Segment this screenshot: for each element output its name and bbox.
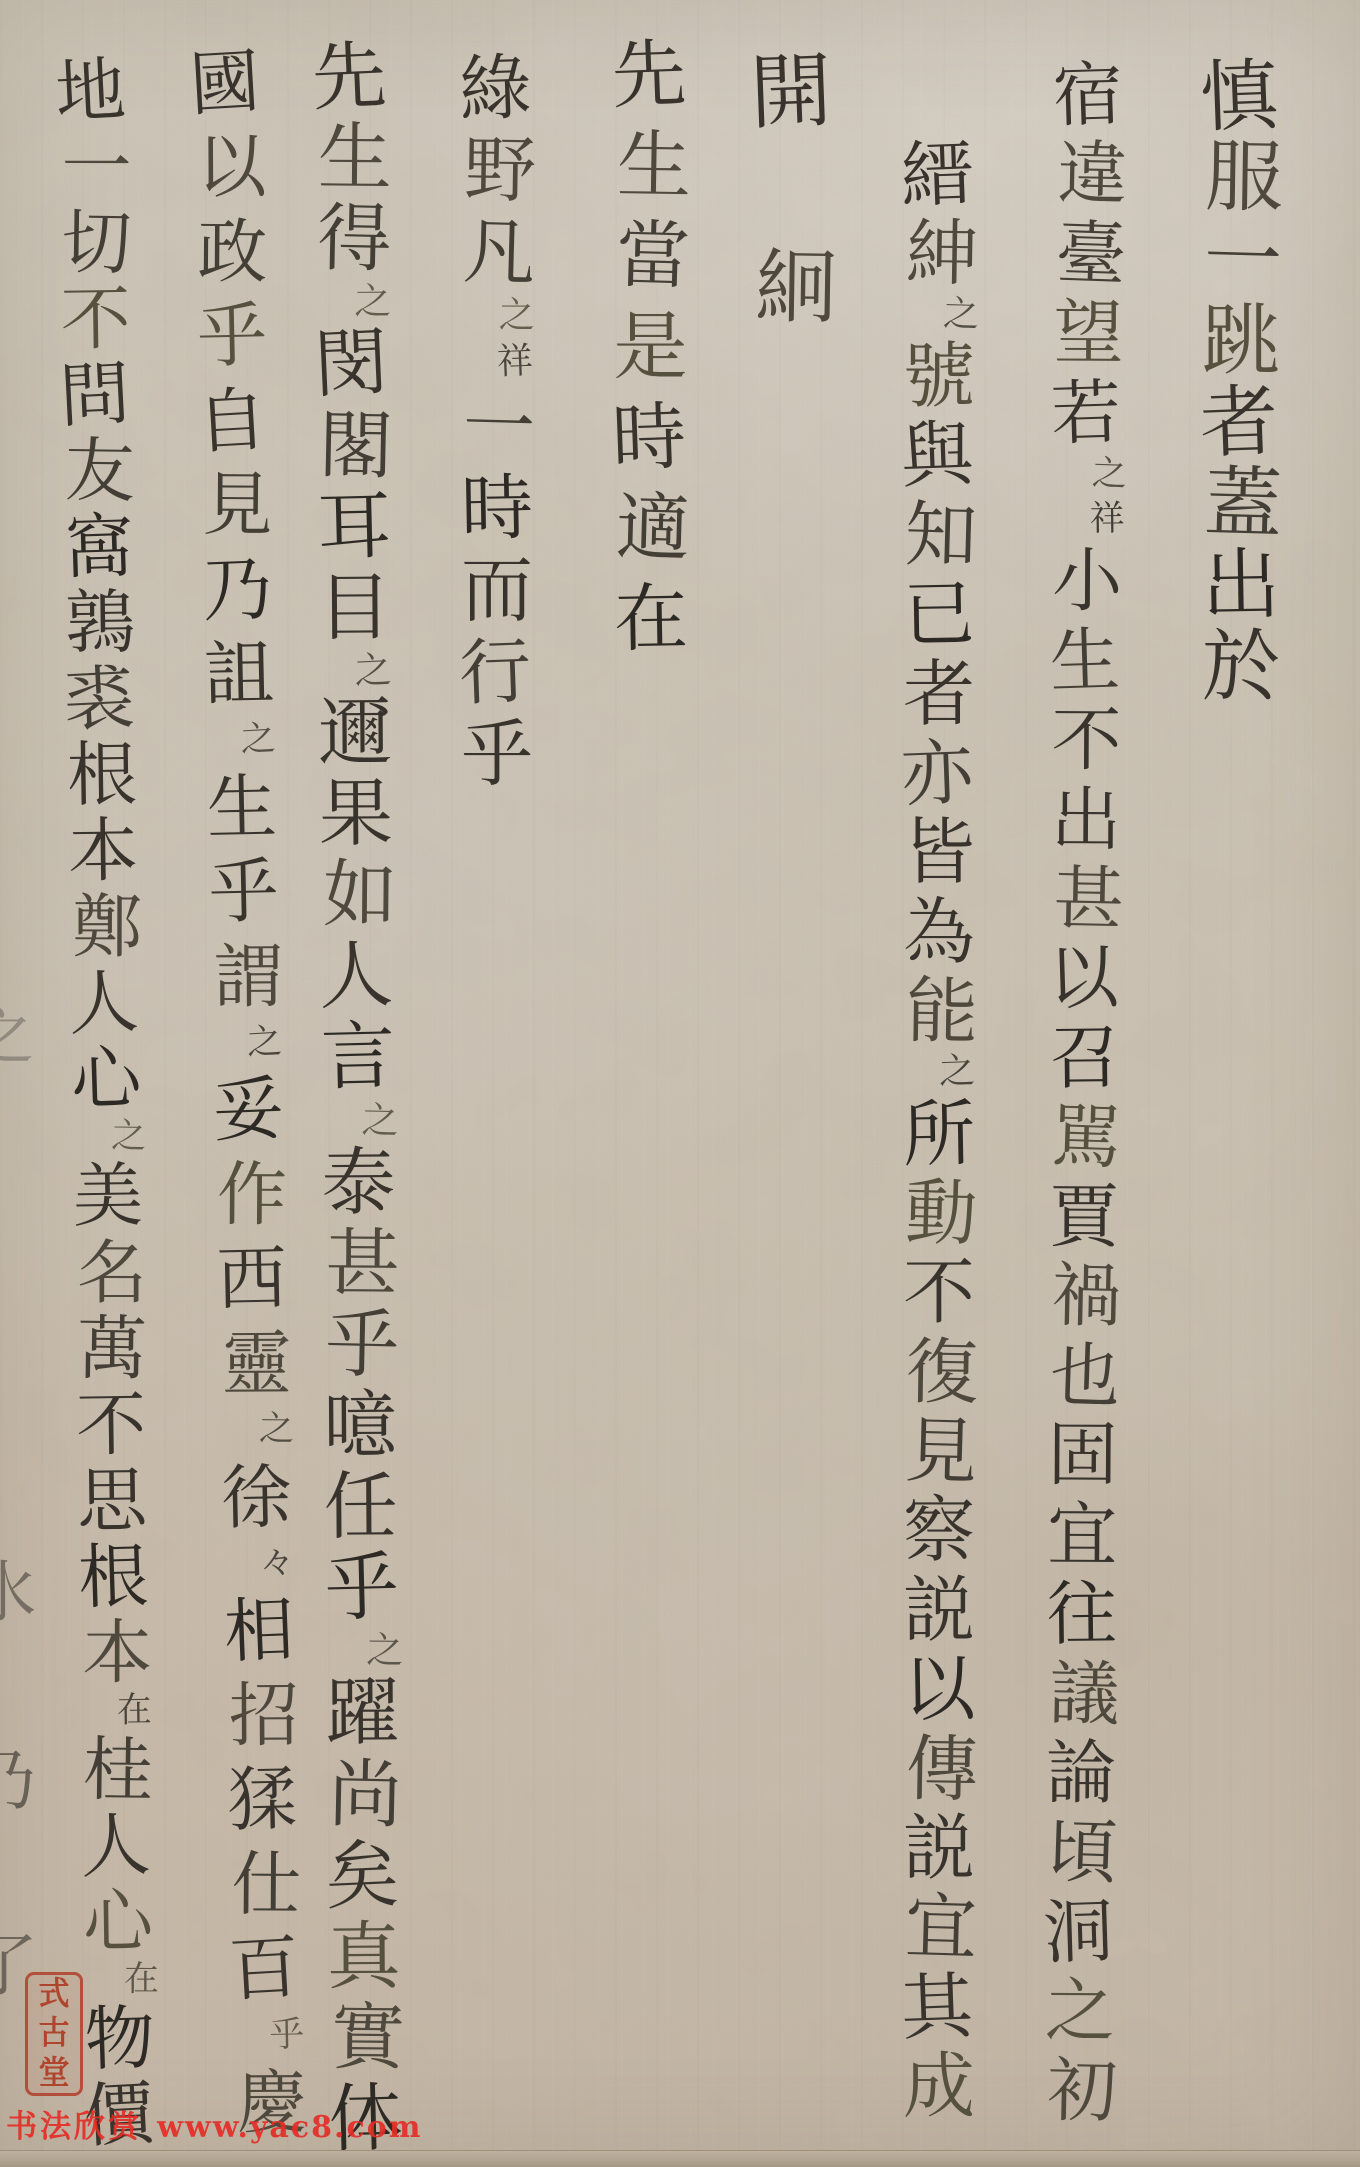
calligraphy-glyph: 猱	[227, 1764, 298, 1835]
calligraphy-glyph: 在	[117, 1693, 153, 1728]
calligraphy-glyph: 縉	[900, 137, 975, 212]
calligraphy-glyph: 心	[83, 1886, 154, 1957]
calligraphy-glyph: 一	[61, 132, 131, 202]
calligraphy-glyph: 萬	[77, 1313, 148, 1384]
calligraphy-glyph: 説	[903, 1574, 975, 1646]
calligraphy-glyph: 仕	[231, 1849, 301, 1919]
calligraphy-glyph: 其	[900, 1969, 975, 2044]
calligraphy-glyph: 察	[903, 1494, 975, 1566]
calligraphy-glyph: 臺	[1055, 218, 1127, 290]
calligraphy-glyph: 先	[610, 37, 687, 114]
calligraphy-glyph: 謂	[213, 941, 283, 1011]
calligraphy-glyph: 相	[223, 1595, 296, 1668]
manuscript-page: 慎服一跳者蓋出於宿違臺望若之祥小生不出甚以召駡賈禍也固宜往議論頃洞之初縉紳之號與…	[0, 0, 1360, 2167]
calligraphy-glyph: 徐	[221, 1462, 292, 1533]
calligraphy-glyph: 召	[1049, 1022, 1120, 1093]
calligraphy-glyph: 復	[905, 1335, 978, 1408]
calligraphy-glyph: 詛	[203, 638, 274, 709]
calligraphy-column-c2: 宿違臺望若之祥小生不出甚以召駡賈禍也固宜往議論頃洞之初	[1035, 60, 1134, 2126]
site-watermark: 书法欣赏 www.yac8.com	[6, 2101, 422, 2146]
calligraphy-glyph: 生	[1049, 625, 1121, 697]
calligraphy-glyph: 在	[613, 581, 688, 656]
calligraphy-glyph: 泰	[321, 1145, 396, 1220]
calligraphy-glyph: 裘	[62, 663, 135, 736]
calligraphy-glyph: 絅	[755, 247, 838, 330]
calligraphy-glyph: 開	[749, 51, 834, 136]
calligraphy-glyph: 者	[1199, 382, 1280, 463]
calligraphy-glyph: 乎	[269, 2017, 305, 2053]
calligraphy-glyph: 美	[72, 1161, 143, 1232]
calligraphy-glyph: 洞	[1042, 1896, 1114, 1968]
calligraphy-glyph: 思	[77, 1465, 148, 1536]
calligraphy-glyph: 之	[942, 296, 979, 333]
calligraphy-glyph: 閔	[312, 326, 389, 403]
calligraphy-glyph: 説	[903, 1812, 975, 1884]
calligraphy-glyph: 得	[316, 201, 392, 277]
calligraphy-glyph: 鶉	[64, 588, 135, 659]
calligraphy-glyph: 之	[246, 1025, 283, 1062]
calligraphy-column-c5: 先生當是時適在	[604, 38, 697, 656]
calligraphy-glyph: 甚	[325, 1226, 400, 1301]
calligraphy-glyph: 人	[67, 967, 140, 1040]
calligraphy-glyph: 之	[361, 1101, 399, 1139]
calligraphy-glyph: 本	[68, 816, 139, 887]
calligraphy-glyph: 禍	[1051, 1261, 1122, 1332]
calligraphy-glyph: 凡	[462, 215, 536, 289]
calligraphy-glyph: 以	[196, 132, 266, 202]
calligraphy-glyph: 之	[1045, 1976, 1115, 2046]
calligraphy-glyph: 而	[461, 554, 533, 626]
calligraphy-glyph: 違	[1057, 139, 1128, 210]
calligraphy-glyph: 望	[1053, 298, 1123, 368]
scan-bottom-edge	[0, 2150, 1360, 2167]
calligraphy-glyph: 人	[78, 1809, 151, 1882]
seal-character: 堂	[39, 2057, 70, 2090]
calligraphy-glyph: 人	[316, 938, 393, 1015]
clipped-calligraphy-glyph: 乃	[0, 1748, 36, 1814]
calligraphy-glyph: 往	[1046, 1579, 1117, 1650]
calligraphy-glyph: 目	[317, 570, 392, 645]
calligraphy-glyph: 宜	[1047, 1499, 1117, 1569]
calligraphy-glyph: 所	[902, 1097, 975, 1170]
calligraphy-glyph: 號	[903, 340, 975, 412]
calligraphy-column-c1: 慎服一跳者蓋出於	[1192, 58, 1290, 706]
calligraphy-glyph: 一	[462, 389, 536, 463]
calligraphy-glyph: 宜	[904, 1890, 978, 1964]
calligraphy-glyph: 出	[1201, 546, 1280, 625]
calligraphy-glyph: 邇	[318, 696, 393, 771]
calligraphy-glyph: 紳	[905, 217, 978, 290]
calligraphy-glyph: 者	[903, 658, 975, 730]
calligraphy-glyph: 動	[904, 1176, 978, 1250]
watermark-site-name: 书法欣赏	[6, 2109, 142, 2145]
calligraphy-glyph: 鄭	[72, 892, 142, 962]
calligraphy-column-c3: 縉紳之號與知已者亦皆為能之所動不復見察説以傳説宜其成	[894, 138, 984, 2122]
calligraphy-glyph: 乎	[196, 300, 267, 371]
calligraphy-glyph: 桂	[82, 1734, 153, 1805]
calligraphy-glyph: 當	[614, 218, 690, 294]
calligraphy-glyph: 如	[322, 858, 397, 933]
calligraphy-glyph: 議	[1049, 1658, 1120, 1729]
calligraphy-glyph: 成	[903, 2050, 975, 2122]
calligraphy-glyph: 心	[70, 1043, 142, 1115]
calligraphy-glyph: 之	[259, 1412, 294, 1447]
calligraphy-glyph: 本	[82, 1617, 152, 1687]
calligraphy-glyph: 服	[1204, 139, 1283, 218]
calligraphy-glyph: 頃	[1046, 1816, 1118, 1888]
calligraphy-glyph: 乎	[208, 856, 279, 927]
calligraphy-glyph: 為	[903, 896, 975, 968]
calligraphy-glyph: 任	[323, 1470, 398, 1545]
calligraphy-glyph: 已	[902, 578, 975, 651]
calligraphy-glyph: 出	[1051, 784, 1121, 854]
calligraphy-glyph: 乃	[201, 553, 274, 626]
clipped-calligraphy-glyph: 之	[0, 1005, 34, 1069]
calligraphy-glyph: 一	[1203, 220, 1283, 300]
calligraphy-glyph: 甚	[1053, 863, 1124, 934]
calligraphy-column-c9: 地一切不問友窩鶉裘根本鄭人心之美名萬不思根本在桂人心在物價	[48, 55, 165, 2150]
calligraphy-glyph: 與	[900, 418, 975, 493]
calligraphy-glyph: 能	[905, 974, 978, 1047]
calligraphy-glyph: 祥	[1089, 502, 1124, 537]
calligraphy-glyph: 百	[227, 1932, 301, 2006]
calligraphy-glyph: 耳	[316, 489, 392, 565]
calligraphy-glyph: 不	[76, 1389, 147, 1460]
watermark-site-url: www.yac8.com	[157, 2110, 422, 2145]
calligraphy-glyph: 也	[1049, 1340, 1121, 1412]
calligraphy-glyph: 西	[216, 1243, 287, 1314]
calligraphy-glyph: 之	[366, 1632, 403, 1669]
calligraphy-glyph: 跳	[1202, 302, 1280, 380]
calligraphy-glyph: 行	[458, 635, 533, 710]
calligraphy-glyph: 生	[616, 128, 691, 203]
calligraphy-glyph: 自	[195, 384, 269, 458]
clipped-calligraphy-glyph: 水	[0, 1560, 36, 1626]
calligraphy-glyph: 不	[1051, 705, 1121, 775]
calligraphy-glyph: 生	[317, 121, 392, 196]
calligraphy-glyph: 初	[1047, 2055, 1118, 2126]
calligraphy-glyph: 尚	[327, 1757, 403, 1833]
calligraphy-glyph: 固	[1048, 1420, 1118, 1490]
calligraphy-glyph: 知	[904, 498, 978, 572]
calligraphy-glyph: 駡	[1050, 1101, 1122, 1173]
calligraphy-glyph: 乎	[323, 1550, 399, 1626]
calligraphy-column-c8: 國以政乎自見乃詛之生乎謂之妥作西靈之徐々相招猱仕百乎慶	[182, 47, 314, 2138]
calligraphy-glyph: 時	[460, 471, 533, 544]
calligraphy-glyph: 政	[197, 217, 267, 287]
calligraphy-glyph: 不	[60, 284, 131, 355]
calligraphy-glyph: 之	[938, 1054, 975, 1091]
calligraphy-glyph: 於	[1202, 628, 1280, 706]
calligraphy-glyph: 是	[614, 310, 688, 384]
calligraphy-column-c7: 先生得之閔閣耳目之邇果如人言之泰甚乎噫任乎之躍尚矣真實体	[304, 40, 412, 2157]
calligraphy-glyph: 小	[1052, 546, 1122, 616]
calligraphy-glyph: 亦	[900, 736, 975, 811]
calligraphy-glyph: 生	[206, 772, 277, 843]
calligraphy-glyph: 在	[124, 1962, 159, 1997]
calligraphy-glyph: 祥	[496, 343, 533, 380]
calligraphy-glyph: 躍	[325, 1676, 400, 1751]
calligraphy-glyph: 宿	[1052, 59, 1124, 131]
calligraphy-glyph: 作	[217, 1159, 287, 1229]
calligraphy-glyph: 時	[610, 399, 687, 476]
calligraphy-glyph: 實	[330, 2000, 405, 2075]
calligraphy-glyph: 蓋	[1203, 464, 1283, 544]
calligraphy-glyph: 矣	[323, 1837, 400, 1914]
calligraphy-glyph: 之	[499, 298, 535, 334]
seal-character: 古	[39, 2018, 70, 2051]
calligraphy-glyph: 綠	[458, 51, 533, 126]
calligraphy-glyph: 賈	[1049, 1182, 1119, 1252]
calligraphy-glyph: 物	[84, 2003, 156, 2075]
calligraphy-glyph: 若	[1050, 377, 1122, 449]
calligraphy-glyph: 果	[319, 777, 394, 852]
calligraphy-glyph: 以	[902, 1653, 975, 1726]
calligraphy-glyph: 乎	[461, 718, 533, 790]
calligraphy-glyph: 窩	[63, 511, 135, 583]
calligraphy-glyph: 之	[239, 722, 276, 759]
calligraphy-glyph: 切	[61, 208, 132, 279]
calligraphy-glyph: 招	[229, 1680, 299, 1750]
calligraphy-glyph: 根	[67, 740, 138, 811]
calligraphy-glyph: 以	[1047, 942, 1119, 1014]
calligraphy-glyph: 地	[54, 54, 127, 127]
calligraphy-column-c6: 綠野凡之祥一時而行乎	[452, 52, 542, 790]
calligraphy-glyph: 根	[77, 1540, 149, 1612]
calligraphy-glyph: 之	[1091, 457, 1127, 493]
calligraphy-glyph: 乎	[324, 1307, 400, 1383]
calligraphy-glyph: 之	[354, 651, 393, 690]
calligraphy-glyph: 真	[327, 1919, 402, 1994]
calligraphy-glyph: 見	[202, 470, 272, 540]
calligraphy-glyph: 皆	[903, 816, 975, 888]
calligraphy-glyph: 之	[354, 283, 391, 320]
calligraphy-glyph: 適	[614, 490, 690, 566]
calligraphy-glyph: 言	[320, 1020, 396, 1096]
calligraphy-glyph: 閣	[318, 408, 394, 484]
calligraphy-glyph: 國	[188, 46, 262, 120]
calligraphy-glyph: 妥	[212, 1074, 285, 1147]
calligraphy-glyph: 野	[463, 133, 536, 206]
calligraphy-glyph: 之	[111, 1120, 147, 1155]
calligraphy-glyph: 問	[58, 358, 131, 431]
calligraphy-glyph: 先	[310, 39, 387, 116]
calligraphy-glyph: 論	[1046, 1738, 1116, 1808]
calligraphy-glyph: 不	[903, 1256, 975, 1328]
calligraphy-glyph: 噫	[323, 1389, 398, 1464]
seal-character: 式	[39, 1978, 70, 2011]
calligraphy-glyph: 傳	[905, 1732, 978, 1805]
collector-seal-shigutang: 式 古 堂	[25, 1972, 83, 2096]
calligraphy-glyph: 慎	[1199, 57, 1280, 138]
calligraphy-glyph: 靈	[221, 1328, 291, 1398]
calligraphy-glyph: 々	[259, 1546, 295, 1582]
calligraphy-glyph: 見	[904, 1414, 978, 1488]
calligraphy-glyph: 友	[64, 436, 135, 507]
calligraphy-column-c4: 開絅	[742, 52, 845, 330]
calligraphy-glyph: 名	[77, 1237, 147, 1307]
